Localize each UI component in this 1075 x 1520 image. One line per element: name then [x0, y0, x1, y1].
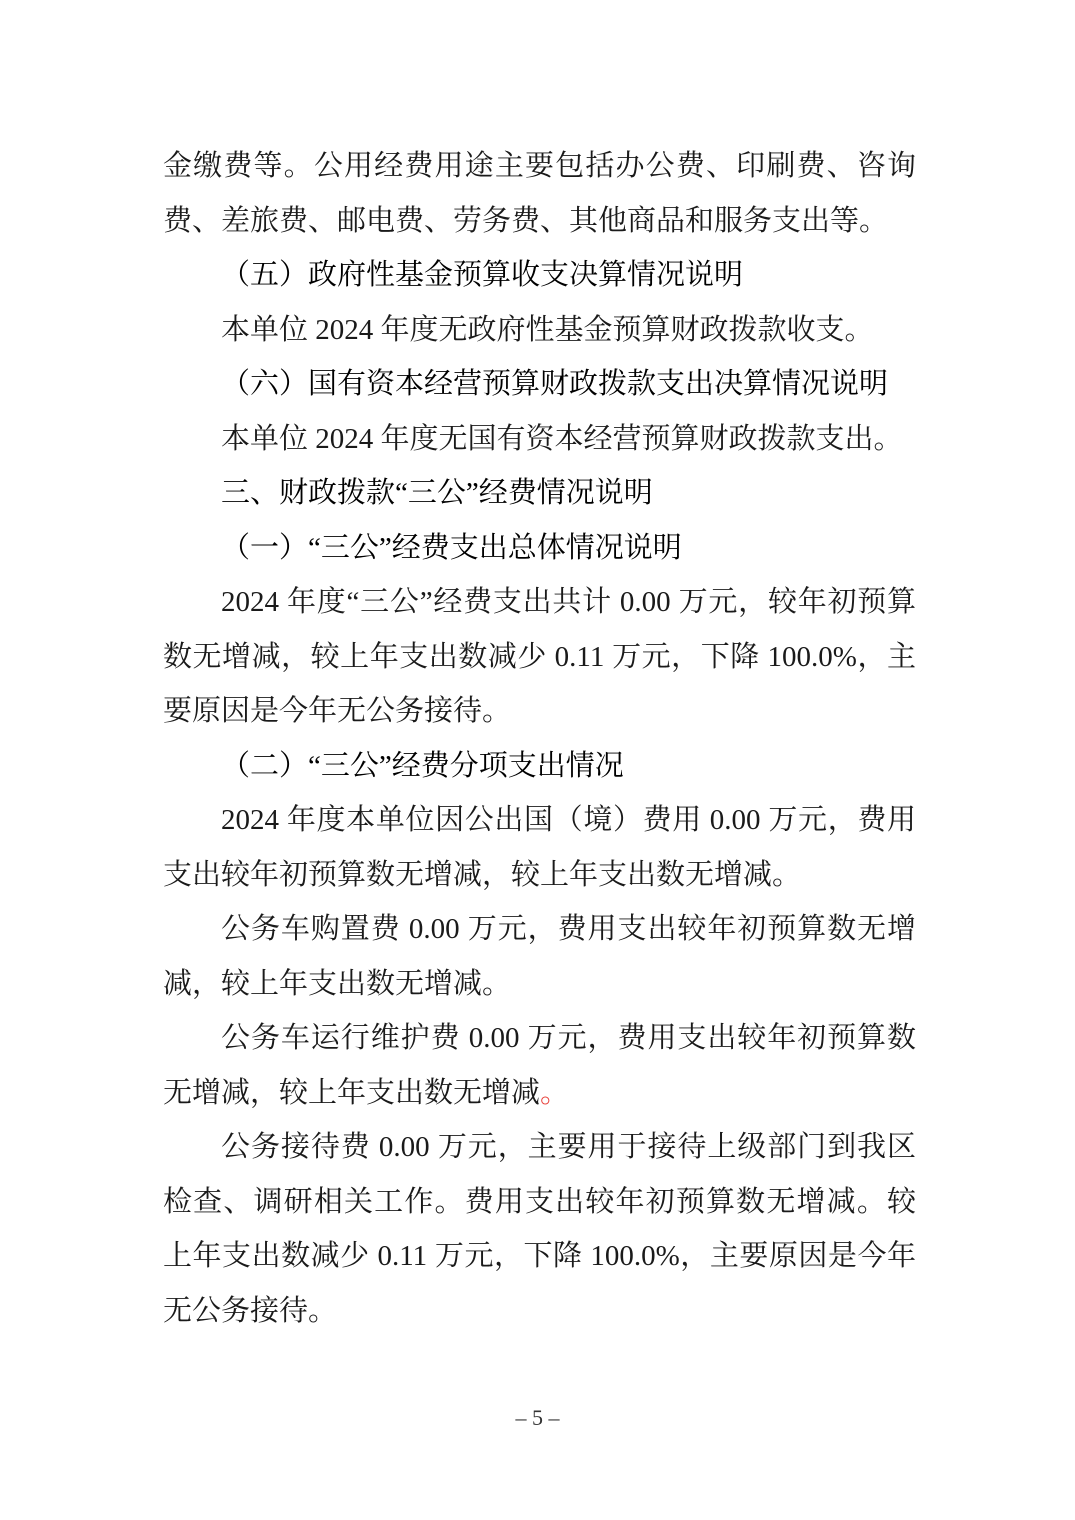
paragraph-abroad-expense: 2024 年度本单位因公出国（境）费用 0.00 万元，费用支出较年初预算数无增…	[163, 793, 916, 902]
red-period: 。	[540, 1077, 569, 1109]
paragraph-vehicle-maintenance: 公务车运行维护费 0.00 万元，费用支出较年初预算数无增减，较上年支出数无增减…	[163, 1011, 916, 1120]
page-footer: – 5 –	[0, 1404, 1075, 1432]
paragraph-section-five: 本单位 2024 年度无政府性基金预算财政拨款收支。	[163, 303, 916, 358]
heading-sub-two: （二）“三公”经费分项支出情况	[163, 739, 916, 794]
document-body: 金缴费等。公用经费用途主要包括办公费、印刷费、咨询费、差旅费、邮电费、劳务费、其…	[163, 139, 916, 1338]
heading-section-six: （六）国有资本经营预算财政拨款支出决算情况说明	[163, 357, 916, 412]
paragraph-three-public-total: 2024 年度“三公”经费支出共计 0.00 万元，较年初预算数无增减，较上年支…	[163, 575, 916, 739]
paragraph-section-six: 本单位 2024 年度无国有资本经营预算财政拨款支出。	[163, 412, 916, 467]
heading-sub-one: （一）“三公”经费支出总体情况说明	[163, 521, 916, 576]
document-page: 金缴费等。公用经费用途主要包括办公费、印刷费、咨询费、差旅费、邮电费、劳务费、其…	[0, 0, 1075, 1520]
heading-section-five: （五）政府性基金预算收支决算情况说明	[163, 248, 916, 303]
heading-part-three: 三、财政拨款“三公”经费情况说明	[163, 466, 916, 521]
page-number: – 5 –	[516, 1405, 560, 1430]
paragraph-vehicle-purchase: 公务车购置费 0.00 万元，费用支出较年初预算数无增减，较上年支出数无增减。	[163, 902, 916, 1011]
paragraph-public-expense-carryover: 金缴费等。公用经费用途主要包括办公费、印刷费、咨询费、差旅费、邮电费、劳务费、其…	[163, 139, 916, 248]
paragraph-official-reception: 公务接待费 0.00 万元，主要用于接待上级部门到我区检查、调研相关工作。费用支…	[163, 1120, 916, 1338]
